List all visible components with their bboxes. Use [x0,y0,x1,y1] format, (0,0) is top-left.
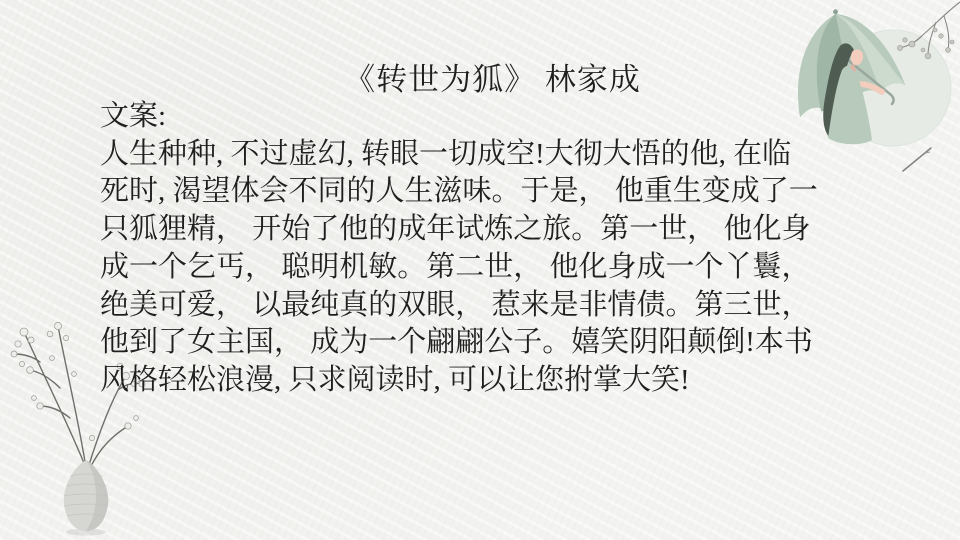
slide-background: 《转世为狐》 林家成 文案: 人生种种, 不过虚幻, 转眼一切成空!大彻大悟的他… [0,0,960,540]
section-label: 文案: [100,98,900,136]
synopsis-line: 人生种种, 不过虚幻, 转眼一切成空!大彻大悟的他, 在临 [100,136,900,174]
synopsis-block: 文案: 人生种种, 不过虚幻, 转眼一切成空!大彻大悟的他, 在临 死时, 渴望… [100,98,900,400]
synopsis-line: 只狐狸精， 开始了他的成年试炼之旅。第一世， 他化身 [100,211,900,249]
synopsis-line: 绝美可爱， 以最纯真的双眼， 惹来是非情债。第三世， [100,287,900,325]
synopsis-line: 死时, 渴望体会不同的人生滋味。于是， 他重生变成了一 [100,173,900,211]
synopsis-line: 风格轻松浪漫, 只求阅读时, 可以让您拊掌大笑! [100,362,900,400]
synopsis-line: 他到了女主国， 成为一个翩翩公子。嬉笑阴阳颠倒!本书 [100,324,900,362]
page-title: 《转世为狐》 林家成 [100,54,885,99]
synopsis-line: 成一个乞丐， 聪明机敏。第二世， 他化身成一个丫鬟， [100,249,900,287]
plum-branch-decoration [878,0,960,105]
branch-tip-mark [895,138,940,178]
